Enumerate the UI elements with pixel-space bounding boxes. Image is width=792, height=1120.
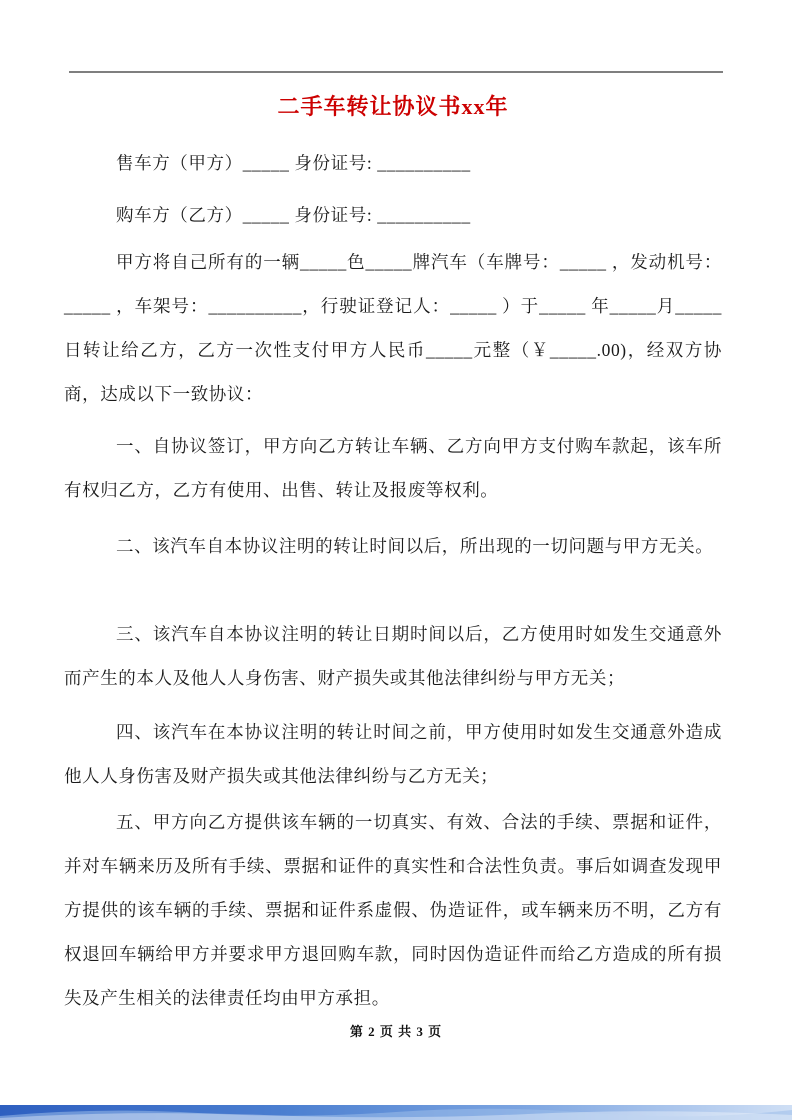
page-title: 二手车转让协议书xx年 <box>64 92 722 122</box>
seller-party-line: 售车方（甲方）_____ 身份证号: __________ <box>64 152 722 174</box>
wave-decoration-icon <box>0 1105 792 1120</box>
clause-paragraph-5: 五、甲方向乙方提供该车辆的一切真实、有效、合法的手续、票据和证件，并对车辆来历及… <box>64 800 722 1020</box>
footer-decoration-bar <box>0 1105 792 1120</box>
clause-paragraph-1: 一、自协议签订，甲方向乙方转让车辆、乙方向甲方支付购车款起，该车所有权归乙方，乙… <box>64 424 722 512</box>
document-page: 二手车转让协议书xx年 售车方（甲方）_____ 身份证号: _________… <box>0 0 792 1120</box>
page-number-footer: 第 2 页 共 3 页 <box>0 1021 792 1040</box>
clause-paragraph-3: 三、该汽车自本协议注明的转让日期时间以后，乙方使用时如发生交通意外而产生的本人及… <box>64 612 722 700</box>
clause-paragraph-4: 四、该汽车在本协议注明的转让时间之前，甲方使用时如发生交通意外造成他人人身伤害及… <box>64 710 722 798</box>
document-content: 二手车转让协议书xx年 售车方（甲方）_____ 身份证号: _________… <box>0 0 792 1020</box>
clause-paragraph-2: 二、该汽车自本协议注明的转让时间以后，所出现的一切问题与甲方无关。 <box>64 524 722 568</box>
buyer-party-line: 购车方（乙方）_____ 身份证号: __________ <box>64 204 722 226</box>
header-divider <box>69 71 723 73</box>
intro-paragraph: 甲方将自己所有的一辆_____色_____牌汽车（车牌号：_____ ，发动机号… <box>64 240 722 416</box>
